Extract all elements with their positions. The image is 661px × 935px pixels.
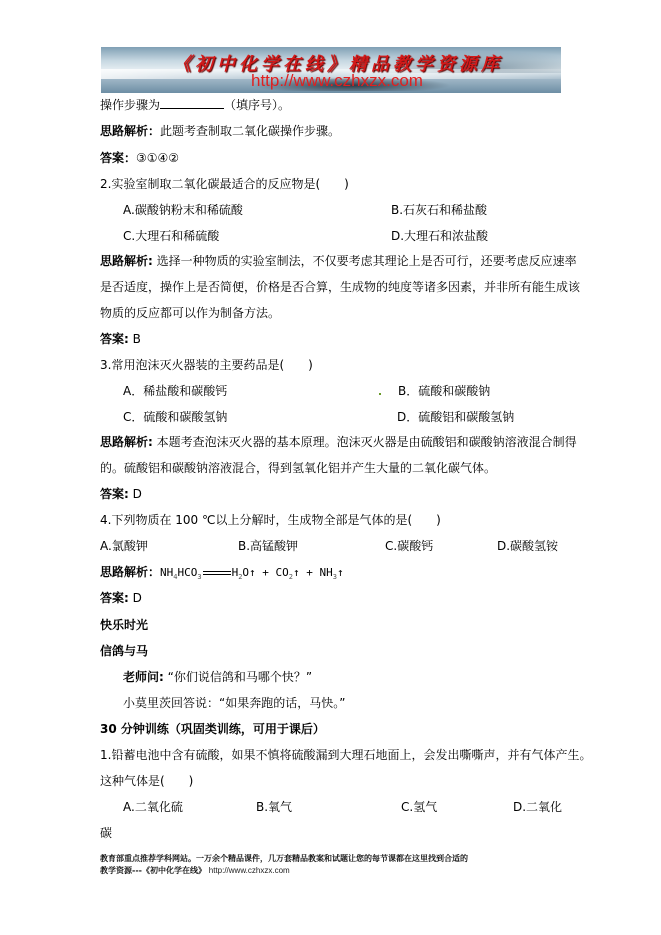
q1-answer-blank — [160, 97, 224, 109]
q2-analysis-line-2: 是否适度，操作上是否简便，价格是否合算，生成物的纯度等诸多因素，并非所有能生成该 — [100, 279, 580, 295]
q3-stem: 3.常用泡沫灭火器装的主要药品是( ) — [100, 357, 313, 373]
footer-line-2: 教学资源---《初中化学在线》 http://www.czhxzx.com — [100, 865, 570, 877]
q2-option-c: C.大理石和稀硫酸 — [123, 228, 219, 244]
analysis-text: 此题考查制取二氧化碳操作步骤。 — [160, 124, 340, 138]
joke-student-line: 小莫里茨回答说：“如果奔跑的话，马快。” — [123, 695, 345, 711]
q2-option-b: B.石灰石和稀盐酸 — [391, 202, 487, 218]
q2-option-d: D.大理石和浓盐酸 — [391, 228, 488, 244]
answer-text: D — [133, 487, 142, 501]
eq-reactant-mid: HCO — [177, 566, 197, 579]
q1-steps-suffix: （填序号）。 — [224, 98, 290, 112]
eq-sub: 3 — [197, 573, 201, 581]
q2-analysis-line-1: 思路解析: 选择一种物质的实验室制法，不仅要考虑其理论上是否可行，还要考虑反应速… — [100, 253, 577, 269]
teacher-label: 老师问: — [123, 670, 164, 684]
q4-option-b: B.高锰酸钾 — [238, 538, 298, 554]
answer-text: D — [133, 591, 142, 605]
eq-product: ↑ + NH — [293, 566, 333, 579]
training-q1-option-b: B.氧气 — [256, 799, 292, 815]
q1-steps-prefix: 操作步骤为 — [100, 98, 160, 112]
analysis-text: 本题考查泡沫灭火器的基本原理。泡沫灭火器是由硫酸铝和碳酸钠溶液混合制得 — [157, 435, 577, 449]
q4-option-d: D.碳酸氢铵 — [497, 538, 558, 554]
answer-text: ③①④② — [136, 151, 179, 165]
training-q1-option-c: C.氢气 — [401, 799, 437, 815]
q3-analysis-line-2: 的。硫酸铝和碳酸钠溶液混合，得到氢氧化铝并产生大量的二氧化碳气体。 — [100, 460, 496, 476]
q3-option-b: B．硫酸和碳酸钠 — [398, 383, 490, 399]
training-q1-option-wrap: 碳 — [100, 825, 112, 841]
analysis-label: 思路解析： — [100, 124, 160, 138]
banner-url: http://www.czhxzx.com — [251, 71, 423, 91]
q3-option-c: C．硫酸和碳酸氢钠 — [123, 409, 227, 425]
training-heading: 30 分钟训练（巩固类训练，可用于课后） — [100, 721, 325, 737]
eq-product: O↑ + CO — [242, 566, 288, 579]
training-q1-line-1: 1.铅蓄电池中含有硫酸，如果不慎将硫酸漏到大理石地面上，会发出嘶嘶声，并有气体产… — [100, 747, 591, 763]
analysis-label: 思路解析: — [100, 435, 153, 449]
q2-stem: 2.实验室制取二氧化碳最适合的反应物是( ) — [100, 176, 349, 192]
answer-label: 答案： — [100, 151, 136, 165]
q4-answer: 答案: D — [100, 590, 142, 606]
section-title-happy-time: 快乐时光 — [100, 617, 148, 633]
analysis-label: 思路解析： — [100, 565, 160, 579]
q3-answer: 答案: D — [100, 486, 142, 502]
analysis-text: 选择一种物质的实验室制法，不仅要考虑其理论上是否可行，还要考虑反应速率 — [157, 254, 577, 268]
q1-steps-line: 操作步骤为（填序号）。 — [100, 97, 290, 113]
q4-option-c: C.碳酸钙 — [385, 538, 433, 554]
training-q1-line-2: 这种气体是( ) — [100, 773, 193, 789]
q3-option-d: D．硫酸铝和碳酸氢钠 — [397, 409, 514, 425]
stray-dot-mark — [379, 393, 381, 395]
footer-url[interactable]: http://www.czhxzx.com — [209, 866, 290, 875]
equation-equals-bar — [203, 571, 231, 575]
teacher-text: “你们说信鸽和马哪个快？” — [168, 670, 312, 684]
q2-answer: 答案: B — [100, 331, 141, 347]
eq-reactant: NH — [160, 566, 173, 579]
answer-text: B — [133, 332, 141, 346]
q3-analysis-line-1: 思路解析: 本题考查泡沫灭火器的基本原理。泡沫灭火器是由硫酸铝和碳酸钠溶液混合制… — [100, 434, 577, 450]
q3-option-a: A．稀盐酸和碳酸钙 — [123, 383, 227, 399]
joke-teacher-line: 老师问: “你们说信鸽和马哪个快？” — [123, 669, 312, 685]
q4-stem: 4.下列物质在 100 ℃以上分解时，生成物全部是气体的是( ) — [100, 512, 441, 528]
analysis-label: 思路解析: — [100, 254, 153, 268]
q1-answer: 答案：③①④② — [100, 150, 179, 166]
eq-product: ↑ — [337, 566, 344, 579]
footer-line-1: 教育部重点推荐学科网站。一万余个精品课件，几万套精品教案和试题让您的每节课都在这… — [100, 853, 570, 865]
header-banner: 《初中化学在线》精品教学资源库 http://www.czhxzx.com — [101, 47, 561, 93]
q4-analysis: 思路解析：NH4HCO3H2O↑ + CO2↑ + NH3↑ — [100, 564, 344, 585]
chemical-equation: NH4HCO3H2O↑ + CO2↑ + NH3↑ — [160, 566, 344, 579]
answer-label: 答案: — [100, 487, 129, 501]
answer-label: 答案: — [100, 591, 129, 605]
q1-analysis: 思路解析：此题考查制取二氧化碳操作步骤。 — [100, 123, 340, 139]
training-q1-option-a: A.二氧化硫 — [123, 799, 183, 815]
q4-option-a: A.氯酸钾 — [100, 538, 148, 554]
footer-source: 教学资源---《初中化学在线》 — [100, 866, 206, 875]
q2-option-a: A.碳酸钠粉末和稀硫酸 — [123, 202, 243, 218]
q2-analysis-line-3: 物质的反应都可以作为制备方法。 — [100, 305, 280, 321]
page-footer: 教育部重点推荐学科网站。一万余个精品课件，几万套精品教案和试题让您的每节课都在这… — [100, 853, 570, 877]
answer-label: 答案: — [100, 332, 129, 346]
training-q1-option-d: D.二氧化 — [513, 799, 562, 815]
joke-title: 信鸽与马 — [100, 643, 148, 659]
